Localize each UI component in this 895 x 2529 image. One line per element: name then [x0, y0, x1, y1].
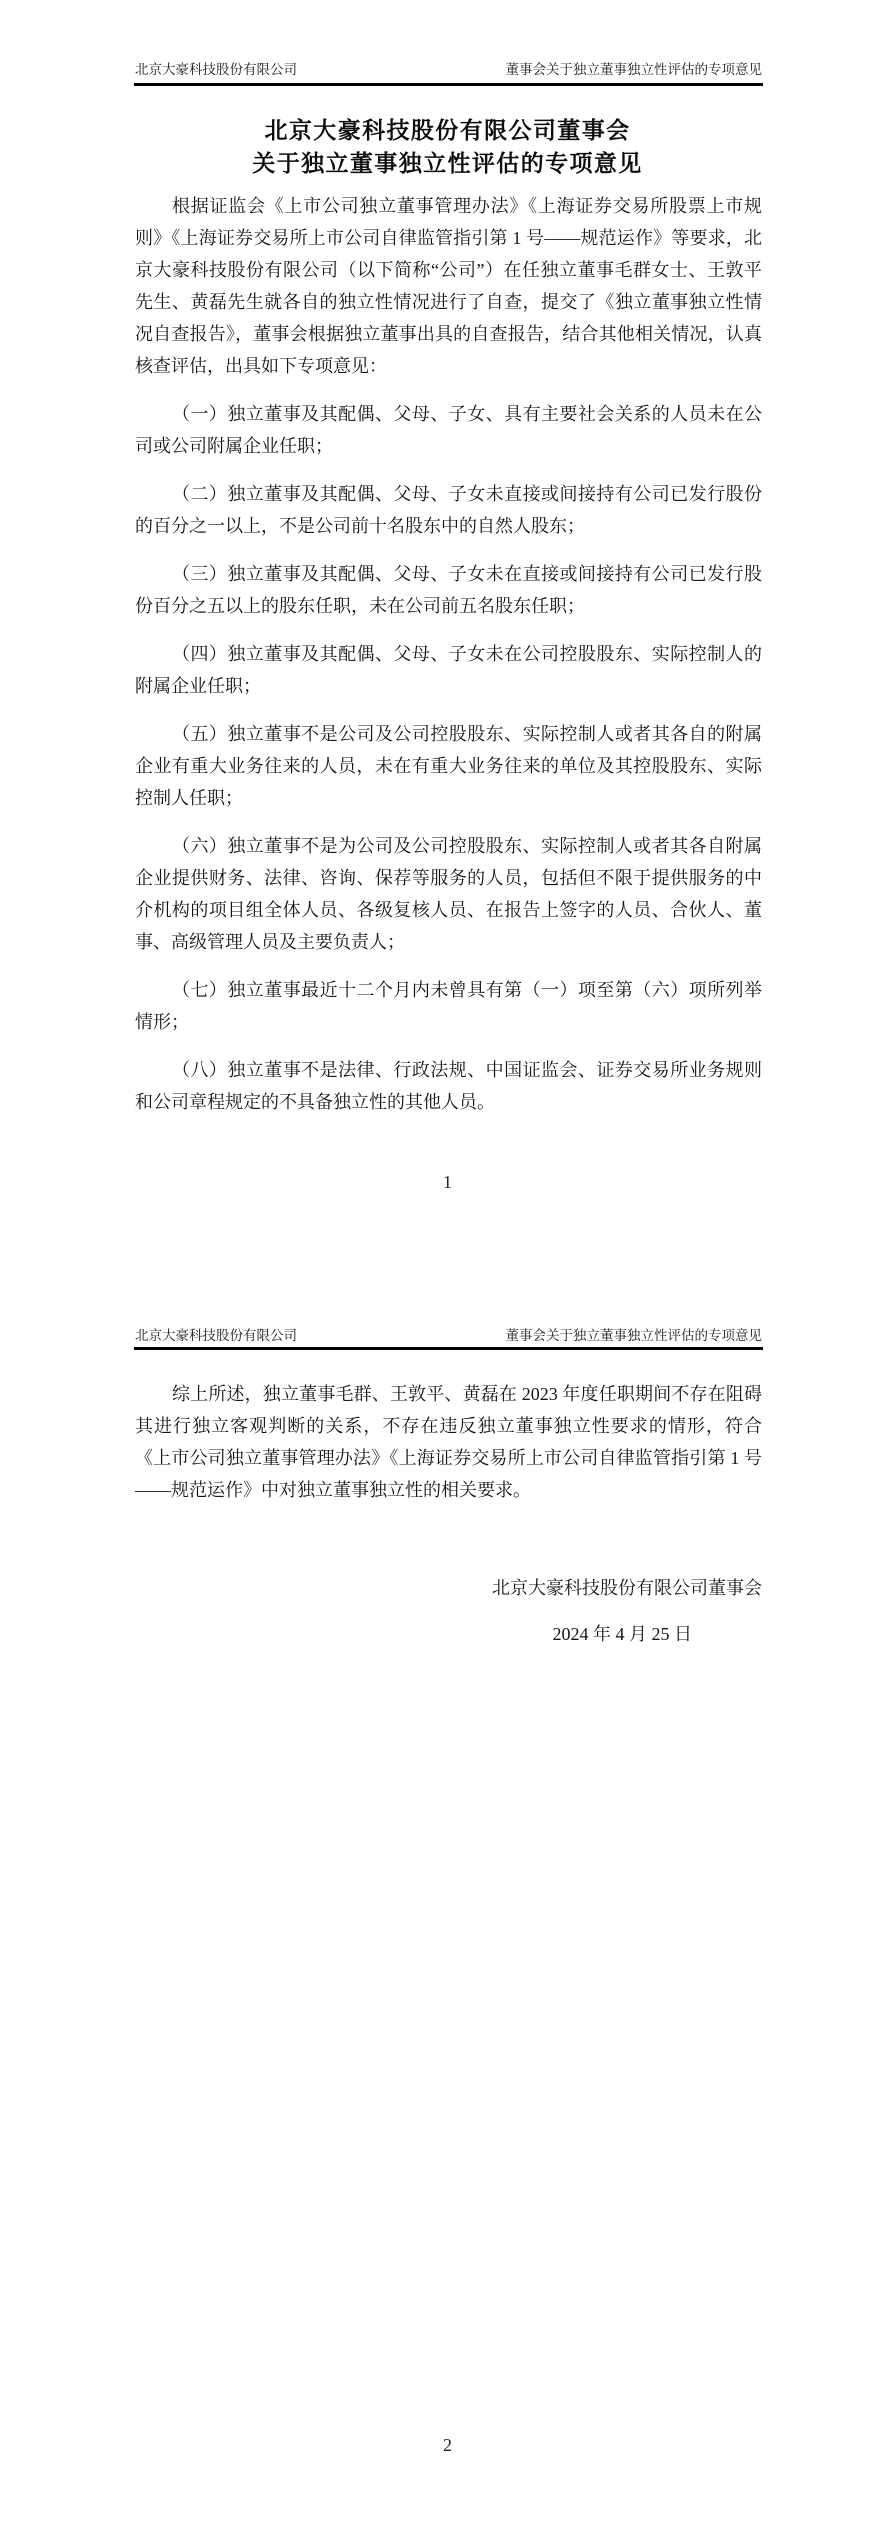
paragraph-conclusion: 综上所述，独立董事毛群、王敦平、黄磊在 2023 年度任职期间不存在阻碍其进行独…	[135, 1378, 762, 1506]
header-rule	[134, 83, 763, 86]
paragraph-item-8: （八）独立董事不是法律、行政法规、中国证监会、证券交易所业务规则和公司章程规定的…	[135, 1054, 762, 1118]
page-1-body: 根据证监会《上市公司独立董事管理办法》《上海证券交易所股票上市规则》《上海证券交…	[135, 190, 762, 1118]
paragraph-item-2: （二）独立董事及其配偶、父母、子女未直接或间接持有公司已发行股份的百分之一以上，…	[135, 478, 762, 542]
header-company-name: 北京大豪科技股份有限公司	[135, 62, 297, 78]
document-title: 北京大豪科技股份有限公司董事会 关于独立董事独立性评估的专项意见	[0, 114, 895, 180]
header-company-name: 北京大豪科技股份有限公司	[135, 1328, 297, 1344]
page-2-number: 2	[0, 2429, 895, 2461]
signature-date: 2024 年 4 月 25 日	[135, 1618, 692, 1650]
header-rule	[134, 1347, 763, 1350]
document-title-line-1: 北京大豪科技股份有限公司董事会	[0, 114, 895, 147]
page-2-running-header: 北京大豪科技股份有限公司 董事会关于独立董事独立性评估的专项意见	[135, 1328, 762, 1344]
paragraph-intro: 根据证监会《上市公司独立董事管理办法》《上海证券交易所股票上市规则》《上海证券交…	[135, 190, 762, 382]
header-document-name: 董事会关于独立董事独立性评估的专项意见	[506, 1328, 763, 1344]
paragraph-item-4: （四）独立董事及其配偶、父母、子女未在公司控股股东、实际控制人的附属企业任职；	[135, 638, 762, 702]
page-1-running-header: 北京大豪科技股份有限公司 董事会关于独立董事独立性评估的专项意见	[135, 62, 762, 78]
header-document-name: 董事会关于独立董事独立性评估的专项意见	[506, 62, 763, 78]
document-canvas: 北京大豪科技股份有限公司 董事会关于独立董事独立性评估的专项意见 北京大豪科技股…	[0, 0, 895, 2529]
signature-board: 北京大豪科技股份有限公司董事会	[135, 1572, 762, 1604]
paragraph-item-5: （五）独立董事不是公司及公司控股股东、实际控制人或者其各自的附属企业有重大业务往…	[135, 718, 762, 814]
paragraph-item-1: （一）独立董事及其配偶、父母、子女、具有主要社会关系的人员未在公司或公司附属企业…	[135, 398, 762, 462]
paragraph-item-6: （六）独立董事不是为公司及公司控股股东、实际控制人或者其各自附属企业提供财务、法…	[135, 830, 762, 958]
page-2-body: 综上所述，独立董事毛群、王敦平、黄磊在 2023 年度任职期间不存在阻碍其进行独…	[135, 1378, 762, 1506]
paragraph-item-3: （三）独立董事及其配偶、父母、子女未在直接或间接持有公司已发行股份百分之五以上的…	[135, 558, 762, 622]
paragraph-item-7: （七）独立董事最近十二个月内未曾具有第（一）项至第（六）项所列举情形；	[135, 974, 762, 1038]
page-1-number: 1	[0, 1166, 895, 1198]
document-title-line-2: 关于独立董事独立性评估的专项意见	[0, 147, 895, 180]
